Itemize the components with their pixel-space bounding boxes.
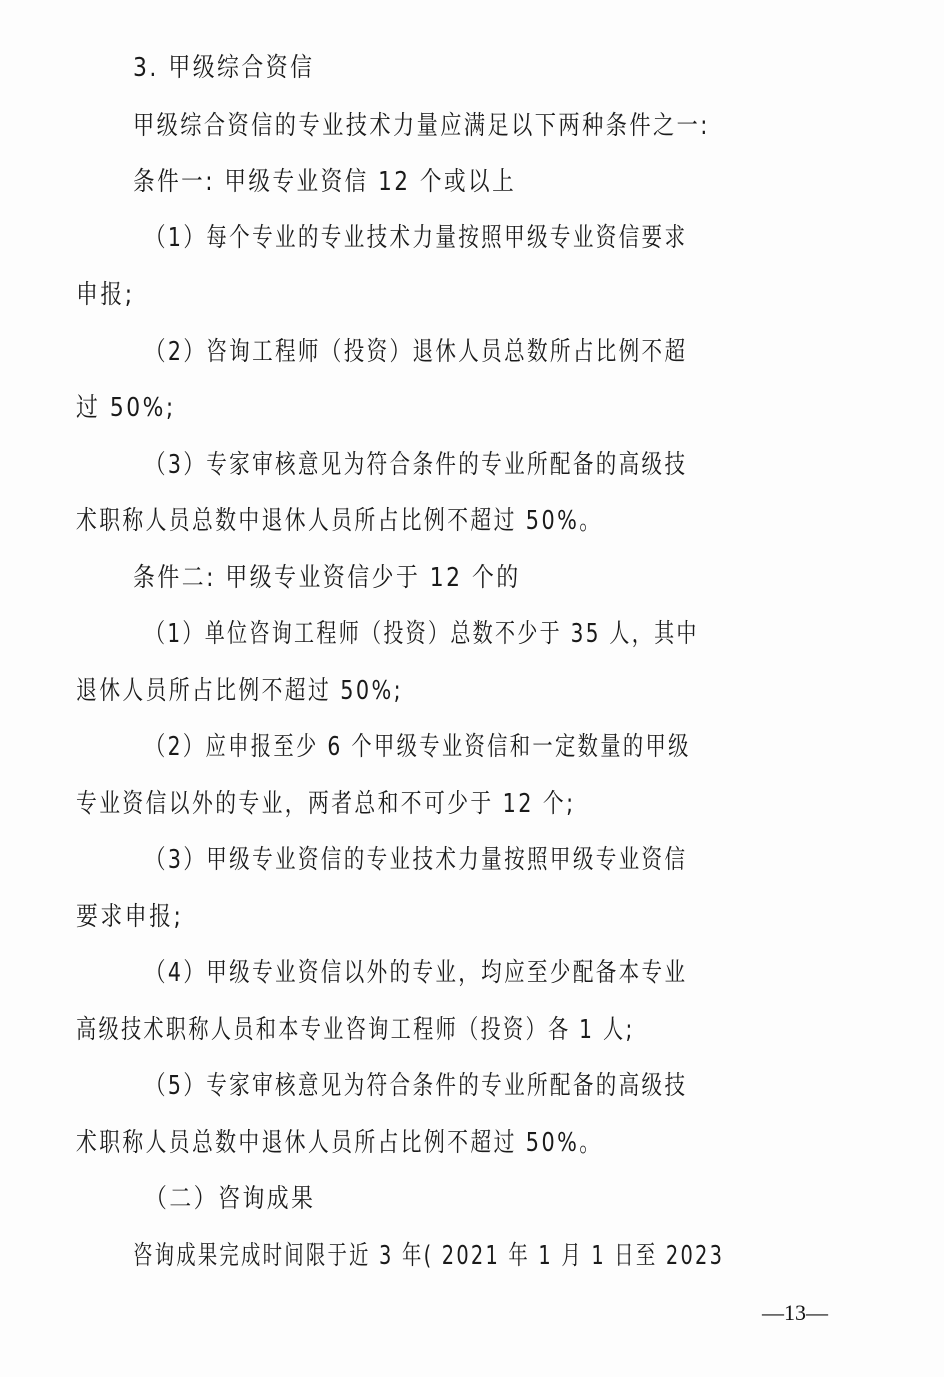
condition-two-item-3: （3）甲级专业资信的专业技术力量按照甲级专业资信 <box>145 840 687 880</box>
page-number: —13— <box>762 1300 828 1326</box>
condition-one-item-3-cont: 术职称人员总数中退休人员所占比例不超过 50%。 <box>76 501 602 541</box>
paragraph-conditions-intro: 甲级综合资信的专业技术力量应满足以下两种条件之一: <box>133 106 710 146</box>
condition-one-item-3: （3）专家审核意见为符合条件的专业所配备的高级技 <box>145 445 687 485</box>
condition-one-item-2-cont: 过 50%; <box>76 388 176 428</box>
condition-one-item-1-cont: 申报; <box>76 275 135 315</box>
condition-one-item-1: （1）每个专业的专业技术力量按照甲级专业资信要求 <box>145 218 687 258</box>
paragraph-consulting-results: 咨询成果完成时间限于近 3 年( 2021 年 1 月 1 日至 2023 <box>133 1236 724 1276</box>
section-heading-class-a-comprehensive: 3. 甲级综合资信 <box>133 48 315 88</box>
condition-one-heading: 条件一: 甲级专业资信 12 个或以上 <box>133 162 516 202</box>
condition-two-item-5-cont: 术职称人员总数中退休人员所占比例不超过 50%。 <box>76 1123 602 1163</box>
condition-two-item-5: （5）专家审核意见为符合条件的专业所配备的高级技 <box>145 1066 687 1106</box>
condition-two-heading: 条件二: 甲级专业资信少于 12 个的 <box>133 558 521 598</box>
condition-one-item-2: （2）咨询工程师（投资）退休人员总数所占比例不超 <box>145 332 687 372</box>
condition-two-item-1: （1）单位咨询工程师（投资）总数不少于 35 人，其中 <box>145 614 699 654</box>
condition-two-item-4-cont: 高级技术职称人员和本专业咨询工程师（投资）各 1 人; <box>76 1010 635 1050</box>
condition-two-item-2-cont: 专业资信以外的专业，两者总和不可少于 12 个; <box>76 784 576 824</box>
condition-two-item-1-cont: 退休人员所占比例不超过 50%; <box>76 671 403 711</box>
condition-two-item-2: （2）应申报至少 6 个甲级专业资信和一定数量的甲级 <box>145 727 691 767</box>
condition-two-item-4: （4）甲级专业资信以外的专业，均应至少配备本专业 <box>145 953 687 993</box>
document-page: 3. 甲级综合资信 甲级综合资信的专业技术力量应满足以下两种条件之一: 条件一:… <box>0 0 944 1377</box>
condition-two-item-3-cont: 要求申报; <box>76 897 183 937</box>
section-heading-consulting-results: （二）咨询成果 <box>145 1179 316 1219</box>
